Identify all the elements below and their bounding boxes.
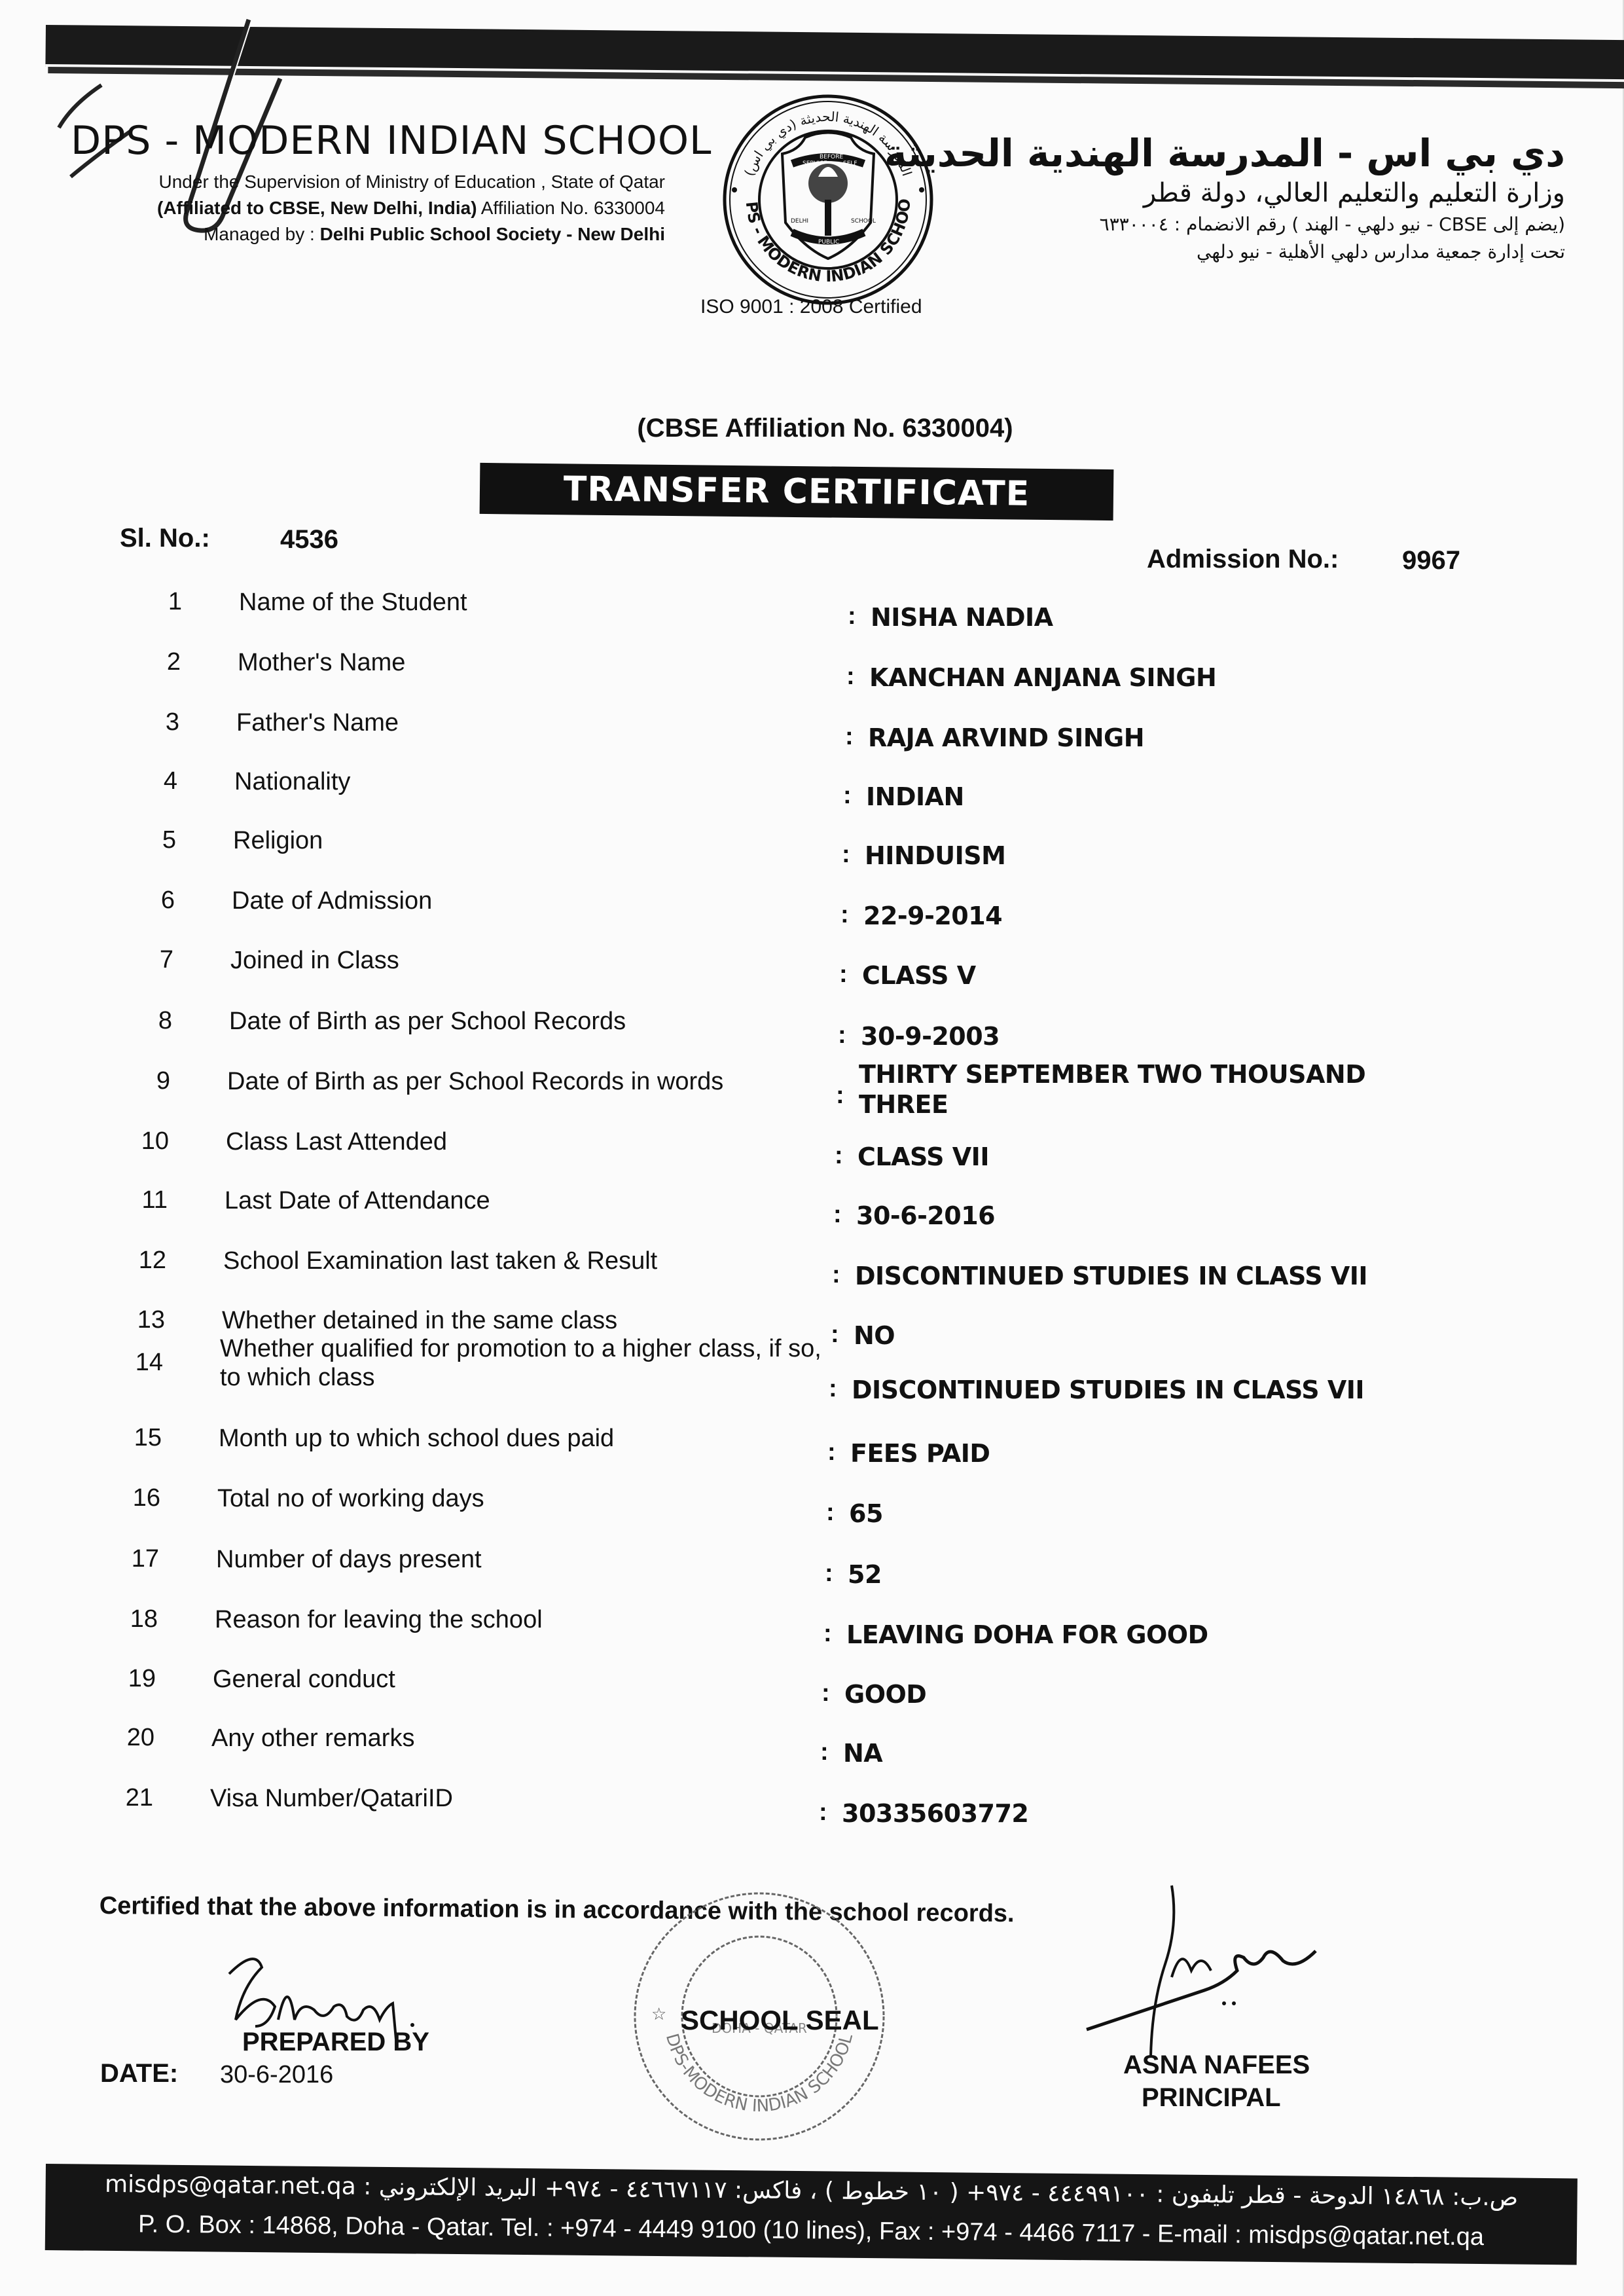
field-number: 8 — [113, 1007, 172, 1035]
svg-text:SCHOOL: SCHOOL — [851, 218, 876, 225]
admission-number-label: Admission No.: — [1147, 545, 1339, 574]
arabic-management: تحت إدارة جمعية مدارس دلهي الأهلية - نيو… — [1197, 241, 1565, 263]
contact-arabic: ص.ب: ١٤٨٦٨ الدوحة - قطر تليفون : ٤٤٤٩٩١٠… — [46, 2170, 1578, 2212]
field-number: 17 — [100, 1545, 159, 1573]
principal-signature-icon — [1074, 1872, 1342, 2062]
field-label: Visa Number/QatariID — [210, 1784, 453, 1813]
field-row: 5Religion:HINDUISM — [0, 826, 1624, 879]
field-colon: : — [840, 901, 849, 929]
affiliation-bold: (Affiliated to CBSE, New Delhi, India) — [157, 198, 477, 218]
field-value: 30-6-2016 — [856, 1201, 995, 1231]
svg-text:☆: ☆ — [651, 2004, 666, 2024]
field-number: 9 — [111, 1067, 170, 1095]
managed-society: Delhi Public School Society - New Delhi — [320, 224, 665, 244]
field-row: 2Mother's Name:KANCHAN ANJANA SINGH — [0, 648, 1624, 701]
field-label: Whether qualified for promotion to a hig… — [220, 1334, 822, 1392]
field-number: 7 — [115, 946, 173, 974]
svg-text:BEFORE: BEFORE — [820, 154, 843, 160]
contact-bar: ص.ب: ١٤٨٦٨ الدوحة - قطر تليفون : ٤٤٤٩٩١٠… — [45, 2164, 1578, 2265]
field-number: 13 — [106, 1306, 165, 1334]
field-value: 65 — [849, 1499, 883, 1529]
field-colon: : — [831, 1321, 839, 1349]
field-value: HINDUISM — [865, 841, 1005, 871]
iso-certification: ISO 9001 : 2008 Certified — [700, 296, 922, 318]
field-row: 20Any other remarks:NA — [0, 1724, 1624, 1776]
svg-text:PUBLIC: PUBLIC — [818, 239, 839, 246]
field-row: 16Total no of working days:65 — [0, 1484, 1624, 1537]
field-row: 15Month up to which school dues paid:FEE… — [0, 1424, 1624, 1476]
field-value: FEES PAID — [850, 1438, 990, 1468]
field-number: 15 — [103, 1424, 162, 1452]
field-number: 1 — [123, 588, 182, 616]
field-number: 14 — [104, 1349, 163, 1377]
field-number: 19 — [97, 1665, 156, 1693]
field-label: School Examination last taken & Result — [223, 1247, 657, 1275]
field-row: 17Number of days present:52 — [0, 1545, 1624, 1597]
field-colon: : — [832, 1261, 840, 1289]
field-row: 8Date of Birth as per School Records:30-… — [0, 1007, 1624, 1059]
field-number: 16 — [101, 1484, 160, 1512]
field-value: 30335603772 — [842, 1798, 1028, 1829]
field-value: GOOD — [844, 1679, 926, 1709]
field-label: Date of Birth as per School Records — [229, 1007, 626, 1036]
field-colon: : — [821, 1679, 830, 1707]
arabic-affiliation: (يضم إلى CBSE - نيو دلهي - الهند ) رقم ا… — [1100, 213, 1565, 235]
field-number: 20 — [96, 1724, 154, 1752]
field-number: 10 — [110, 1127, 169, 1156]
svg-text:DELHI: DELHI — [791, 218, 808, 225]
field-label: Date of Birth as per School Records in w… — [227, 1067, 723, 1096]
field-label: Reason for leaving the school — [215, 1605, 543, 1634]
field-label: Any other remarks — [211, 1724, 414, 1753]
field-value: THIRTY SEPTEMBER TWO THOUSAND THREE — [859, 1059, 1396, 1120]
field-value: RAJA ARVIND SINGH — [868, 723, 1144, 753]
field-colon: : — [835, 1142, 843, 1170]
managed-prefix: Managed by : — [204, 224, 319, 244]
svg-text:DPS-MODERN INDIAN SCHOOL: DPS-MODERN INDIAN SCHOOL — [662, 2032, 857, 2116]
field-colon: : — [836, 1082, 844, 1110]
affiliation-number: Affiliation No. 6330004 — [477, 198, 665, 218]
field-value: CLASS V — [862, 960, 976, 991]
field-value: LEAVING DOHA FOR GOOD — [846, 1620, 1208, 1650]
field-value: 22-9-2014 — [863, 901, 1002, 931]
field-number: 2 — [122, 648, 181, 676]
field-value: INDIAN — [866, 782, 964, 812]
field-colon: : — [820, 1738, 829, 1766]
field-value: NO — [854, 1321, 895, 1351]
field-colon: : — [842, 841, 850, 869]
field-row: 21Visa Number/QatariID:30335603772 — [0, 1784, 1624, 1836]
arabic-school-name: دي بي اس - المدرسة الهندية الحديثة — [884, 131, 1565, 175]
field-colon: : — [826, 1499, 835, 1527]
field-colon: : — [827, 1438, 836, 1467]
field-colon: : — [833, 1201, 842, 1229]
principal-title: PRINCIPAL — [1142, 2083, 1281, 2113]
field-value: NISHA NADIA — [871, 602, 1053, 632]
field-colon: : — [825, 1559, 833, 1588]
field-row: 1Name of the Student:NISHA NADIA — [0, 588, 1624, 640]
issue-date: 30-6-2016 — [220, 2061, 333, 2089]
field-label: Name of the Student — [239, 588, 467, 617]
field-label: Date of Admission — [232, 886, 432, 915]
field-value: DISCONTINUED STUDIES IN CLASS VII — [855, 1261, 1367, 1291]
school-seal-label: SCHOOL SEAL — [681, 2005, 879, 2036]
field-label: Month up to which school dues paid — [219, 1424, 614, 1453]
school-logo-icon: المدرسة الهندية الحديثة (دي بي اس) DPS -… — [720, 92, 936, 308]
field-value: CLASS VII — [857, 1142, 989, 1172]
field-number: 5 — [117, 826, 176, 854]
field-row: 11Last Date of Attendance:30-6-2016 — [0, 1186, 1624, 1239]
serial-number: 4536 — [280, 525, 338, 555]
field-colon: : — [829, 1375, 837, 1403]
school-name: DPS - MODERN INDIAN SCHOOL — [71, 118, 712, 164]
certificate-title: TRANSFER CERTIFICATE — [480, 463, 1114, 520]
arabic-ministry: وزارة التعليم والتعليم العالي، دولة قطر — [1144, 178, 1565, 208]
field-row: 7Joined in Class:CLASS V — [0, 946, 1624, 998]
field-row: 10Class Last Attended:CLASS VII — [0, 1127, 1624, 1180]
principal-name: ASNA NAFEES — [1123, 2050, 1310, 2080]
prepared-by-label: PREPARED BY — [242, 2028, 429, 2057]
affiliation-line: (Affiliated to CBSE, New Delhi, India) A… — [157, 195, 665, 221]
supervision-line: Under the Supervision of Ministry of Edu… — [159, 169, 666, 195]
field-label: Religion — [233, 826, 323, 855]
field-number: 21 — [94, 1784, 153, 1812]
field-value: DISCONTINUED STUDIES IN CLASS VII — [852, 1375, 1364, 1405]
date-label: DATE: — [100, 2059, 178, 2088]
field-colon: : — [838, 1021, 846, 1049]
field-number: 3 — [120, 708, 179, 737]
field-number: 4 — [118, 767, 177, 795]
field-colon: : — [846, 663, 855, 691]
contact-english: P. O. Box : 14868, Doha - Qatar. Tel. : … — [45, 2210, 1577, 2252]
field-row: 19General conduct:GOOD — [0, 1665, 1624, 1717]
field-number: 18 — [99, 1605, 158, 1633]
admission-number: 9967 — [1402, 546, 1460, 575]
field-value: KANCHAN ANJANA SINGH — [869, 663, 1216, 693]
cbse-affiliation: (CBSE Affiliation No. 6330004) — [0, 414, 1624, 443]
field-label: Mother's Name — [238, 648, 405, 677]
field-row: 4Nationality:INDIAN — [0, 767, 1624, 820]
field-value: 30-9-2003 — [861, 1021, 1000, 1051]
field-row: 12School Examination last taken & Result… — [0, 1247, 1624, 1299]
field-label: Whether detained in the same class — [222, 1306, 617, 1335]
field-colon: : — [823, 1620, 832, 1648]
field-value: 52 — [848, 1559, 882, 1590]
field-label: General conduct — [213, 1665, 395, 1694]
field-colon: : — [843, 782, 852, 810]
field-colon: : — [848, 602, 856, 630]
field-label: Total no of working days — [217, 1484, 484, 1513]
field-colon: : — [845, 723, 854, 751]
field-number: 12 — [107, 1247, 166, 1275]
managed-line: Managed by : Delhi Public School Society… — [204, 221, 665, 247]
field-label: Father's Name — [236, 708, 399, 737]
field-number: 6 — [116, 886, 175, 915]
field-label: Class Last Attended — [226, 1127, 447, 1156]
field-label: Joined in Class — [230, 946, 399, 975]
field-row: 3Father's Name:RAJA ARVIND SINGH — [0, 708, 1624, 761]
field-colon: : — [819, 1798, 827, 1827]
field-row: 6Date of Admission:22-9-2014 — [0, 886, 1624, 939]
field-label: Last Date of Attendance — [225, 1186, 490, 1215]
field-value: NA — [843, 1738, 882, 1768]
field-label: Nationality — [234, 767, 350, 796]
field-row: 9Date of Birth as per School Records in … — [0, 1067, 1624, 1120]
field-number: 11 — [109, 1186, 168, 1214]
serial-number-label: Sl. No.: — [120, 524, 210, 553]
field-row: 18Reason for leaving the school:LEAVING … — [0, 1605, 1624, 1658]
field-row: 14Whether qualified for promotion to a h… — [0, 1349, 1624, 1401]
field-label: Number of days present — [216, 1545, 482, 1574]
svg-text:SELF: SELF — [843, 160, 857, 167]
field-colon: : — [839, 960, 848, 989]
